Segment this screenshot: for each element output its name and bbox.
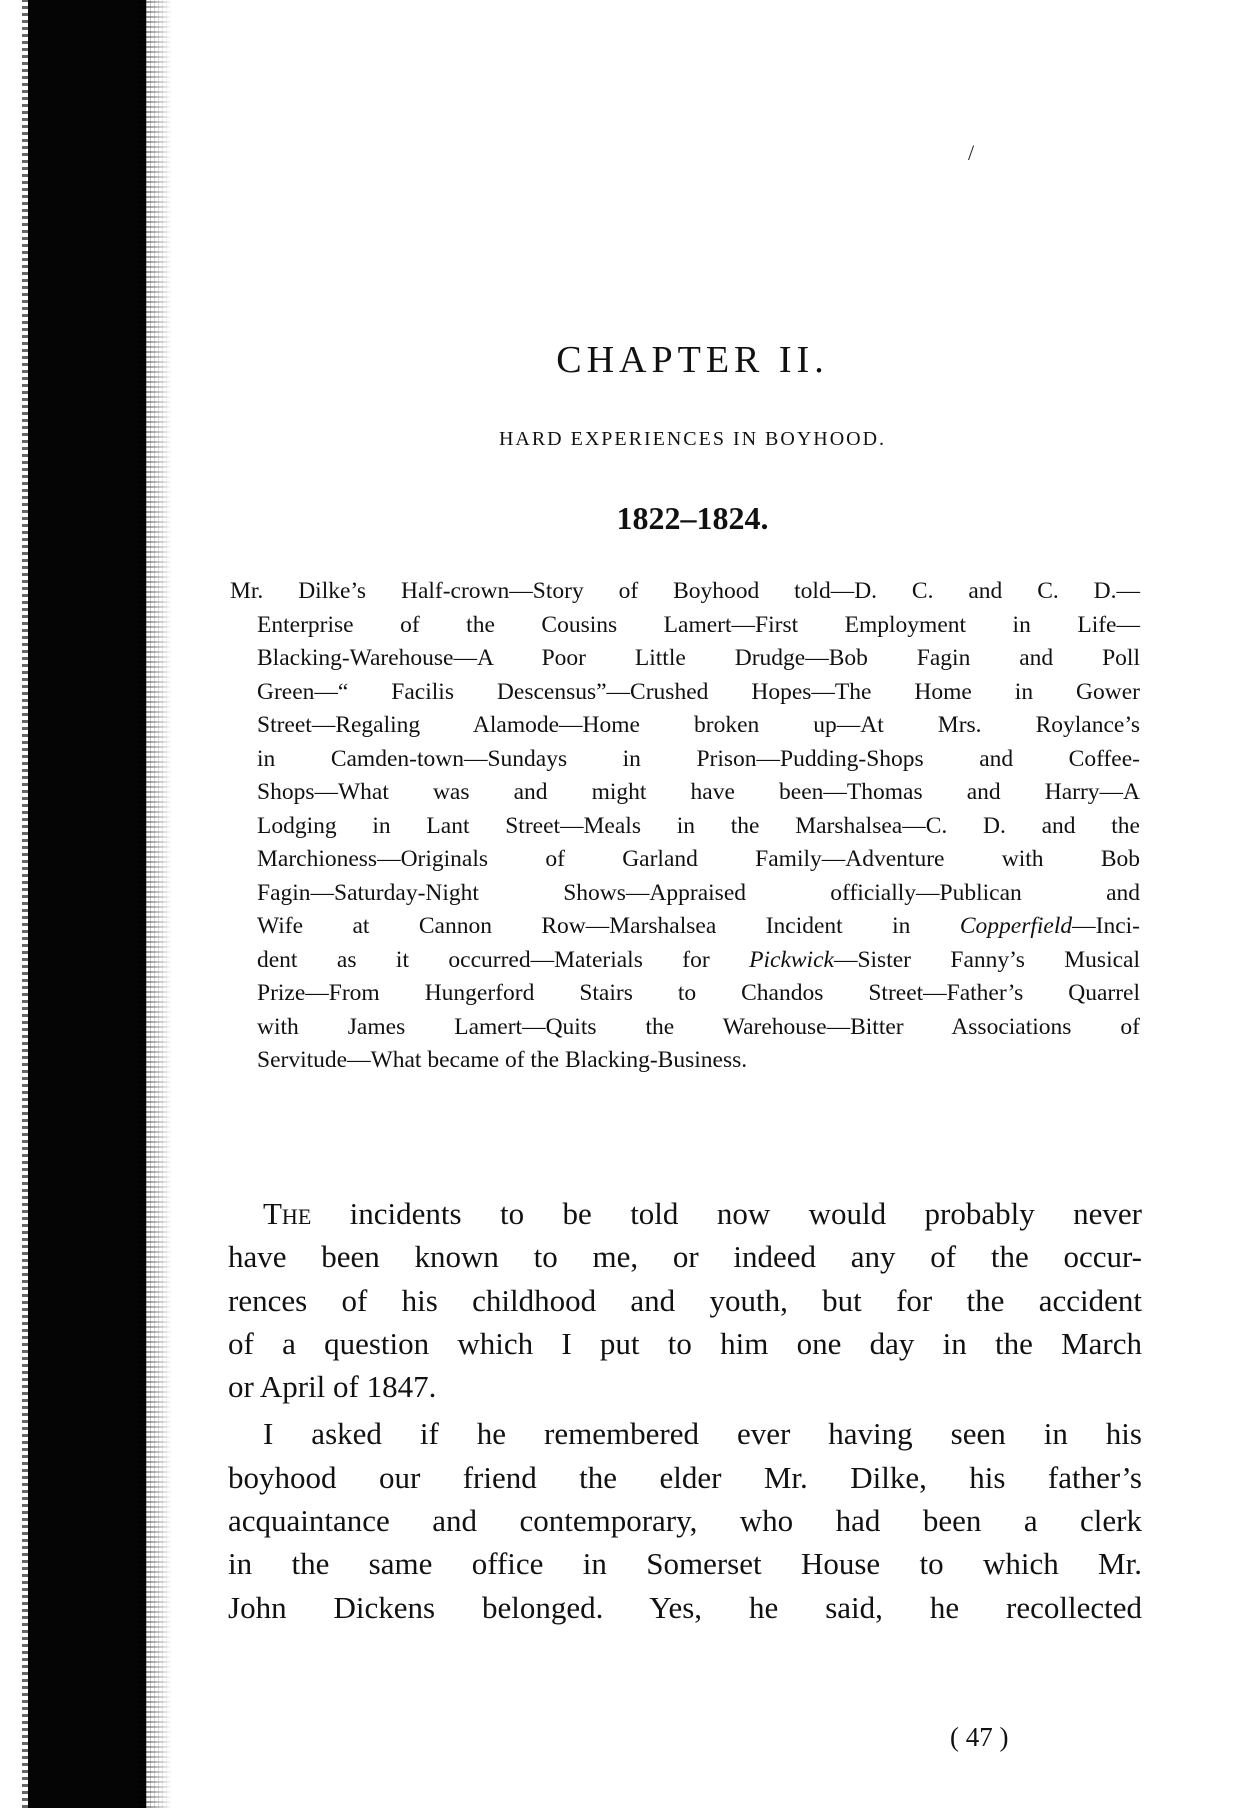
synopsis-line: Wife at Cannon Row—Marshalsea Incident i… <box>230 910 1140 944</box>
paragraph-1: The incidents to be told now would proba… <box>228 1192 1142 1408</box>
synopsis-line: Shops—What was and might have been—Thoma… <box>230 776 1140 810</box>
scan-gutter-shadow <box>28 0 146 1808</box>
body-line-text: incidents to be told now would probably … <box>311 1196 1142 1231</box>
synopsis-text: —Inci- <box>1072 913 1140 939</box>
body-line: acquaintance and contemporary, who had b… <box>228 1499 1142 1542</box>
body-line: rences of his childhood and youth, but f… <box>228 1279 1142 1322</box>
chapter-years: 1822–1824. <box>0 500 1235 537</box>
synopsis-text: —Sister Fanny’s Musical <box>834 947 1140 973</box>
body-line: I asked if he remembered ever having see… <box>228 1412 1142 1455</box>
body-text: The incidents to be told now would proba… <box>228 1192 1142 1629</box>
synopsis-line: dent as it occurred—Materials for Pickwi… <box>230 944 1140 978</box>
stray-pen-mark: / <box>968 140 974 166</box>
synopsis-text: Wife at Cannon Row—Marshalsea Incident i… <box>257 913 960 939</box>
synopsis-text: dent as it occurred—Materials for <box>257 947 749 973</box>
chapter-title: CHAPTER II. <box>0 338 1235 382</box>
synopsis-line: Street—Regaling Alamode—Home broken up—A… <box>230 709 1140 743</box>
synopsis-line: in Camden-town—Sundays in Prison—Pudding… <box>230 743 1140 777</box>
body-line: have been known to me, or indeed any of … <box>228 1235 1142 1278</box>
chapter-subtitle: HARD EXPERIENCES IN BOYHOOD. <box>0 428 1235 451</box>
synopsis-line: Marchioness—Originals of Garland Family—… <box>230 843 1140 877</box>
synopsis-line: with James Lamert—Quits the Warehouse—Bi… <box>230 1011 1140 1045</box>
chapter-synopsis: Mr. Dilke’s Half-crown—Story of Boyhood … <box>230 575 1140 1078</box>
scan-gutter-fringe <box>138 0 172 1808</box>
body-line: boyhood our friend the elder Mr. Dilke, … <box>228 1456 1142 1499</box>
synopsis-line: Lodging in Lant Street—Meals in the Mars… <box>230 810 1140 844</box>
body-line: The incidents to be told now would proba… <box>228 1192 1142 1235</box>
paragraph-2: I asked if he remembered ever having see… <box>228 1412 1142 1628</box>
synopsis-line: Enterprise of the Cousins Lamert—First E… <box>230 609 1140 643</box>
synopsis-line: Mr. Dilke’s Half-crown—Story of Boyhood … <box>230 575 1140 609</box>
lead-word: The <box>263 1196 311 1231</box>
synopsis-line: Green—“ Facilis Descensus”—Crushed Hopes… <box>230 676 1140 710</box>
body-line: or April of 1847. <box>228 1365 1142 1408</box>
body-line: of a question which I put to him one day… <box>228 1322 1142 1365</box>
synopsis-line: Servitude—What became of the Blacking-Bu… <box>230 1044 1140 1078</box>
body-line: John Dickens belonged. Yes, he said, he … <box>228 1586 1142 1629</box>
synopsis-line: Prize—From Hungerford Stairs to Chandos … <box>230 977 1140 1011</box>
synopsis-line: Blacking-Warehouse—A Poor Little Drudge—… <box>230 642 1140 676</box>
body-line: in the same office in Somerset House to … <box>228 1542 1142 1585</box>
book-title-pickwick: Pickwick <box>749 947 834 973</box>
page-number: ( 47 ) <box>950 1722 1008 1753</box>
book-title-copperfield: Copperfield <box>960 913 1072 939</box>
synopsis-line: Fagin—Saturday-Night Shows—Appraised off… <box>230 877 1140 911</box>
